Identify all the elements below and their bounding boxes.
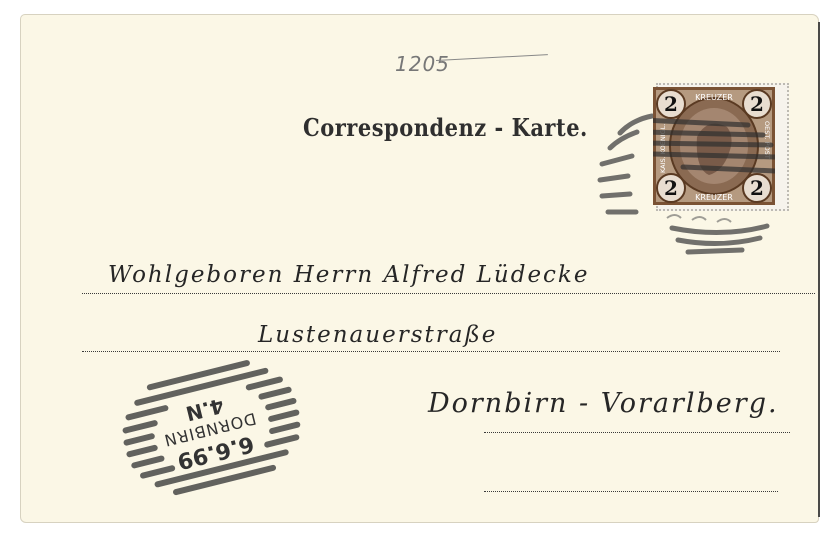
stamp-currency-top: KREUZER — [695, 93, 733, 102]
stamp-currency-bottom: KREUZER — [695, 193, 733, 202]
card-title: Correspondenz - Karte. — [303, 113, 588, 142]
address-line-4 — [484, 491, 778, 492]
postage-stamp: 2 2 2 2 KREUZER KREUZER KAIS. KOENIGL. O… — [653, 87, 775, 205]
stamp-value-tl: 2 — [664, 92, 678, 116]
address-line-1 — [82, 293, 815, 294]
stamp-value-br: 2 — [750, 176, 764, 200]
stamp-side-right: OEST. POST — [763, 121, 771, 159]
address-line-3 — [484, 432, 790, 433]
address-city: Dornbirn - Vorarlberg. — [428, 388, 779, 419]
card-edge-shadow — [818, 22, 820, 517]
arrival-postmark: 6.6.99 DORNBIRN 4.N — [112, 352, 308, 508]
stamp-value-bl: 2 — [664, 176, 678, 200]
pencil-note: 1205 — [395, 52, 450, 76]
address-street: Lustenauerstraße — [258, 322, 497, 348]
stamp-value-tr: 2 — [750, 92, 764, 116]
address-recipient: Wohlgeboren Herrn Alfred Lüdecke — [108, 262, 589, 288]
